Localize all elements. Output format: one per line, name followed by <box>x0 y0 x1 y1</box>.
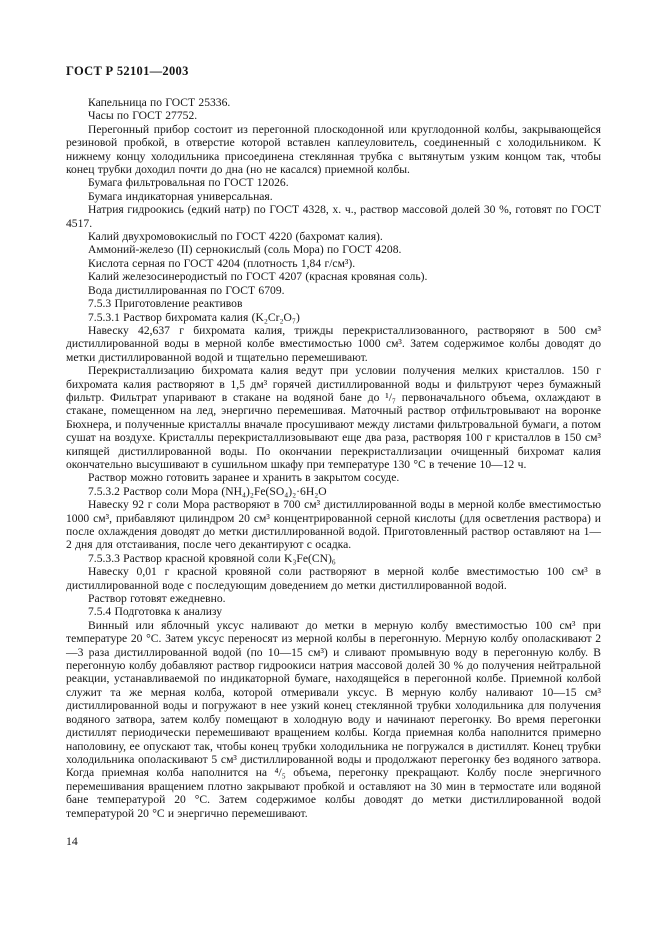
paragraph: Натрия гидроокись (едкий натр) по ГОСТ 4… <box>66 203 601 230</box>
document-content: ГОСТ Р 52101—2003 Капельница по ГОСТ 253… <box>66 64 601 848</box>
document-header: ГОСТ Р 52101—2003 <box>66 64 601 79</box>
section-heading: 7.5.3.3 Раствор красной кровяной соли K₃… <box>66 552 601 565</box>
paragraph: Навеску 42,637 г бихромата калия, трижды… <box>66 324 601 364</box>
document-page: ГОСТ Р 52101—2003 Капельница по ГОСТ 253… <box>0 0 661 936</box>
paragraph: Навеску 0,01 г красной кровяной соли рас… <box>66 565 601 592</box>
paragraph: Перегонный прибор состоит из перегонной … <box>66 123 601 177</box>
paragraph: Перекристаллизацию бихромата калия ведут… <box>66 364 601 471</box>
paragraph: Раствор готовят ежедневно. <box>66 592 601 605</box>
section-heading: 7.5.4 Подготовка к анализу <box>66 605 601 618</box>
paragraph: Вода дистиллированная по ГОСТ 6709. <box>66 284 601 297</box>
paragraph: Аммоний-железо (II) сернокислый (соль Мо… <box>66 243 601 256</box>
paragraph: Калий железосинеродистый по ГОСТ 4207 (к… <box>66 270 601 283</box>
paragraph: Часы по ГОСТ 27752. <box>66 109 601 122</box>
paragraph: Винный или яблочный уксус наливают до ме… <box>66 619 601 820</box>
paragraph: Капельница по ГОСТ 25336. <box>66 96 601 109</box>
paragraph: Раствор можно готовить заранее и хранить… <box>66 471 601 484</box>
paragraph: Калий двухромовокислый по ГОСТ 4220 (бах… <box>66 230 601 243</box>
paragraph: Навеску 92 г соли Мора растворяют в 700 … <box>66 498 601 552</box>
page-number: 14 <box>66 835 601 848</box>
paragraph: Кислота серная по ГОСТ 4204 (плотность 1… <box>66 257 601 270</box>
paragraph: Бумага индикаторная универсальная. <box>66 190 601 203</box>
paragraph: Бумага фильтровальная по ГОСТ 12026. <box>66 176 601 189</box>
section-heading: 7.5.3 Приготовление реактивов <box>66 297 601 310</box>
section-heading: 7.5.3.2 Раствор соли Мора (NH₄)₂Fe(SO₄)₂… <box>66 485 601 498</box>
section-heading: 7.5.3.1 Раствор бихромата калия (K₂Cr₂O₇… <box>66 311 601 324</box>
